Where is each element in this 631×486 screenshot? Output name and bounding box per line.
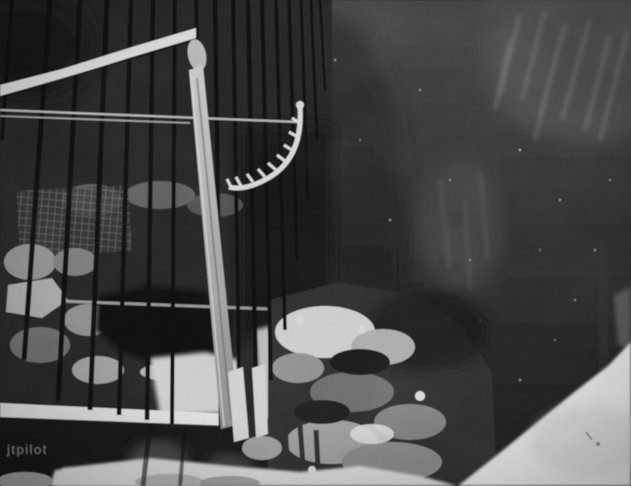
photograph: jtpilot: [0, 0, 631, 486]
vignette: [0, 0, 631, 486]
photo-canvas: jtpilot: [0, 0, 631, 486]
